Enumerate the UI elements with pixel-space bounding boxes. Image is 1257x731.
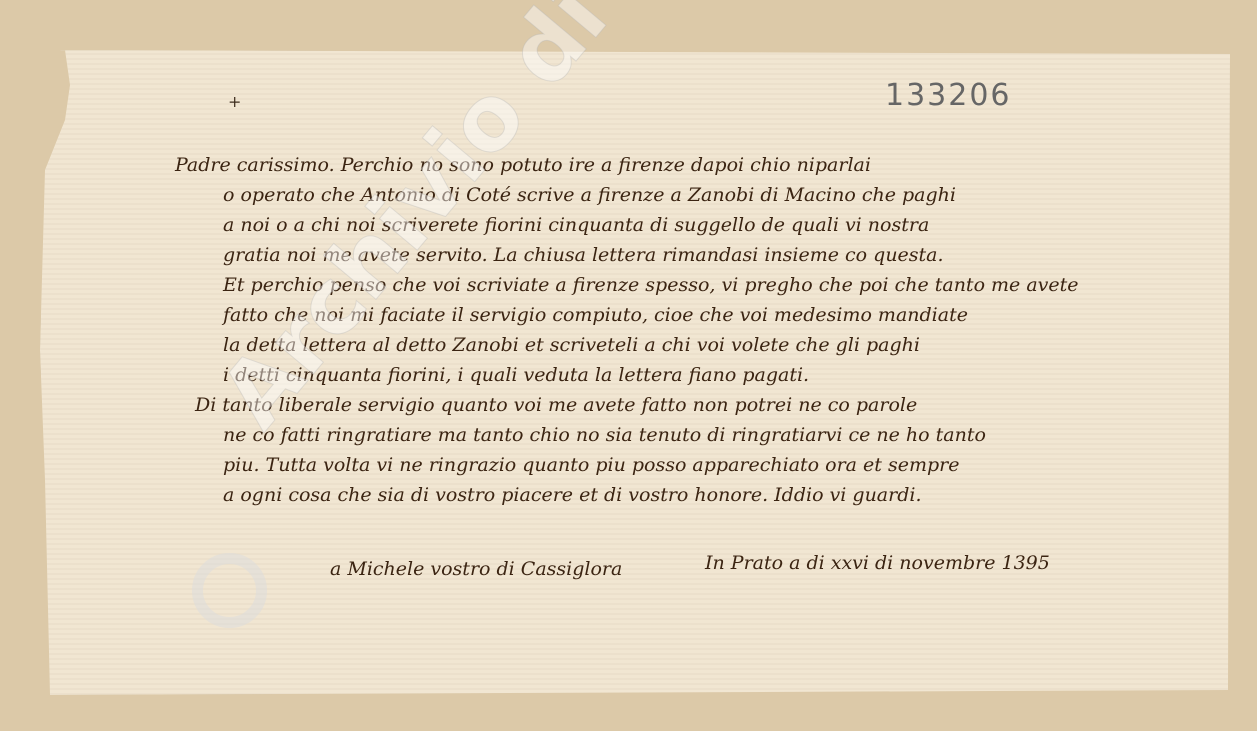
cross-mark: + [228, 92, 241, 111]
letter-line: a ogni cosa che sia di vostro piacere et… [175, 480, 1035, 510]
letter-line: Padre carissimo. Perchio no sono potuto … [175, 150, 1035, 180]
signature-left: a Michele vostro di Cassiglora [330, 558, 622, 580]
catalog-number: 133206 [885, 78, 1012, 113]
letter-line: o operato che Antonio di Coté scrive a f… [175, 180, 1035, 210]
letter-line: ne co fatti ringratiare ma tanto chio no… [175, 420, 1035, 450]
letter-line: a noi o a chi noi scriverete fiorini cin… [175, 210, 1035, 240]
copyright-icon [192, 553, 267, 628]
letter-line: piu. Tutta volta vi ne ringrazio quanto … [175, 450, 1035, 480]
date-line: In Prato a di xxvi di novembre 1395 [705, 552, 1050, 574]
